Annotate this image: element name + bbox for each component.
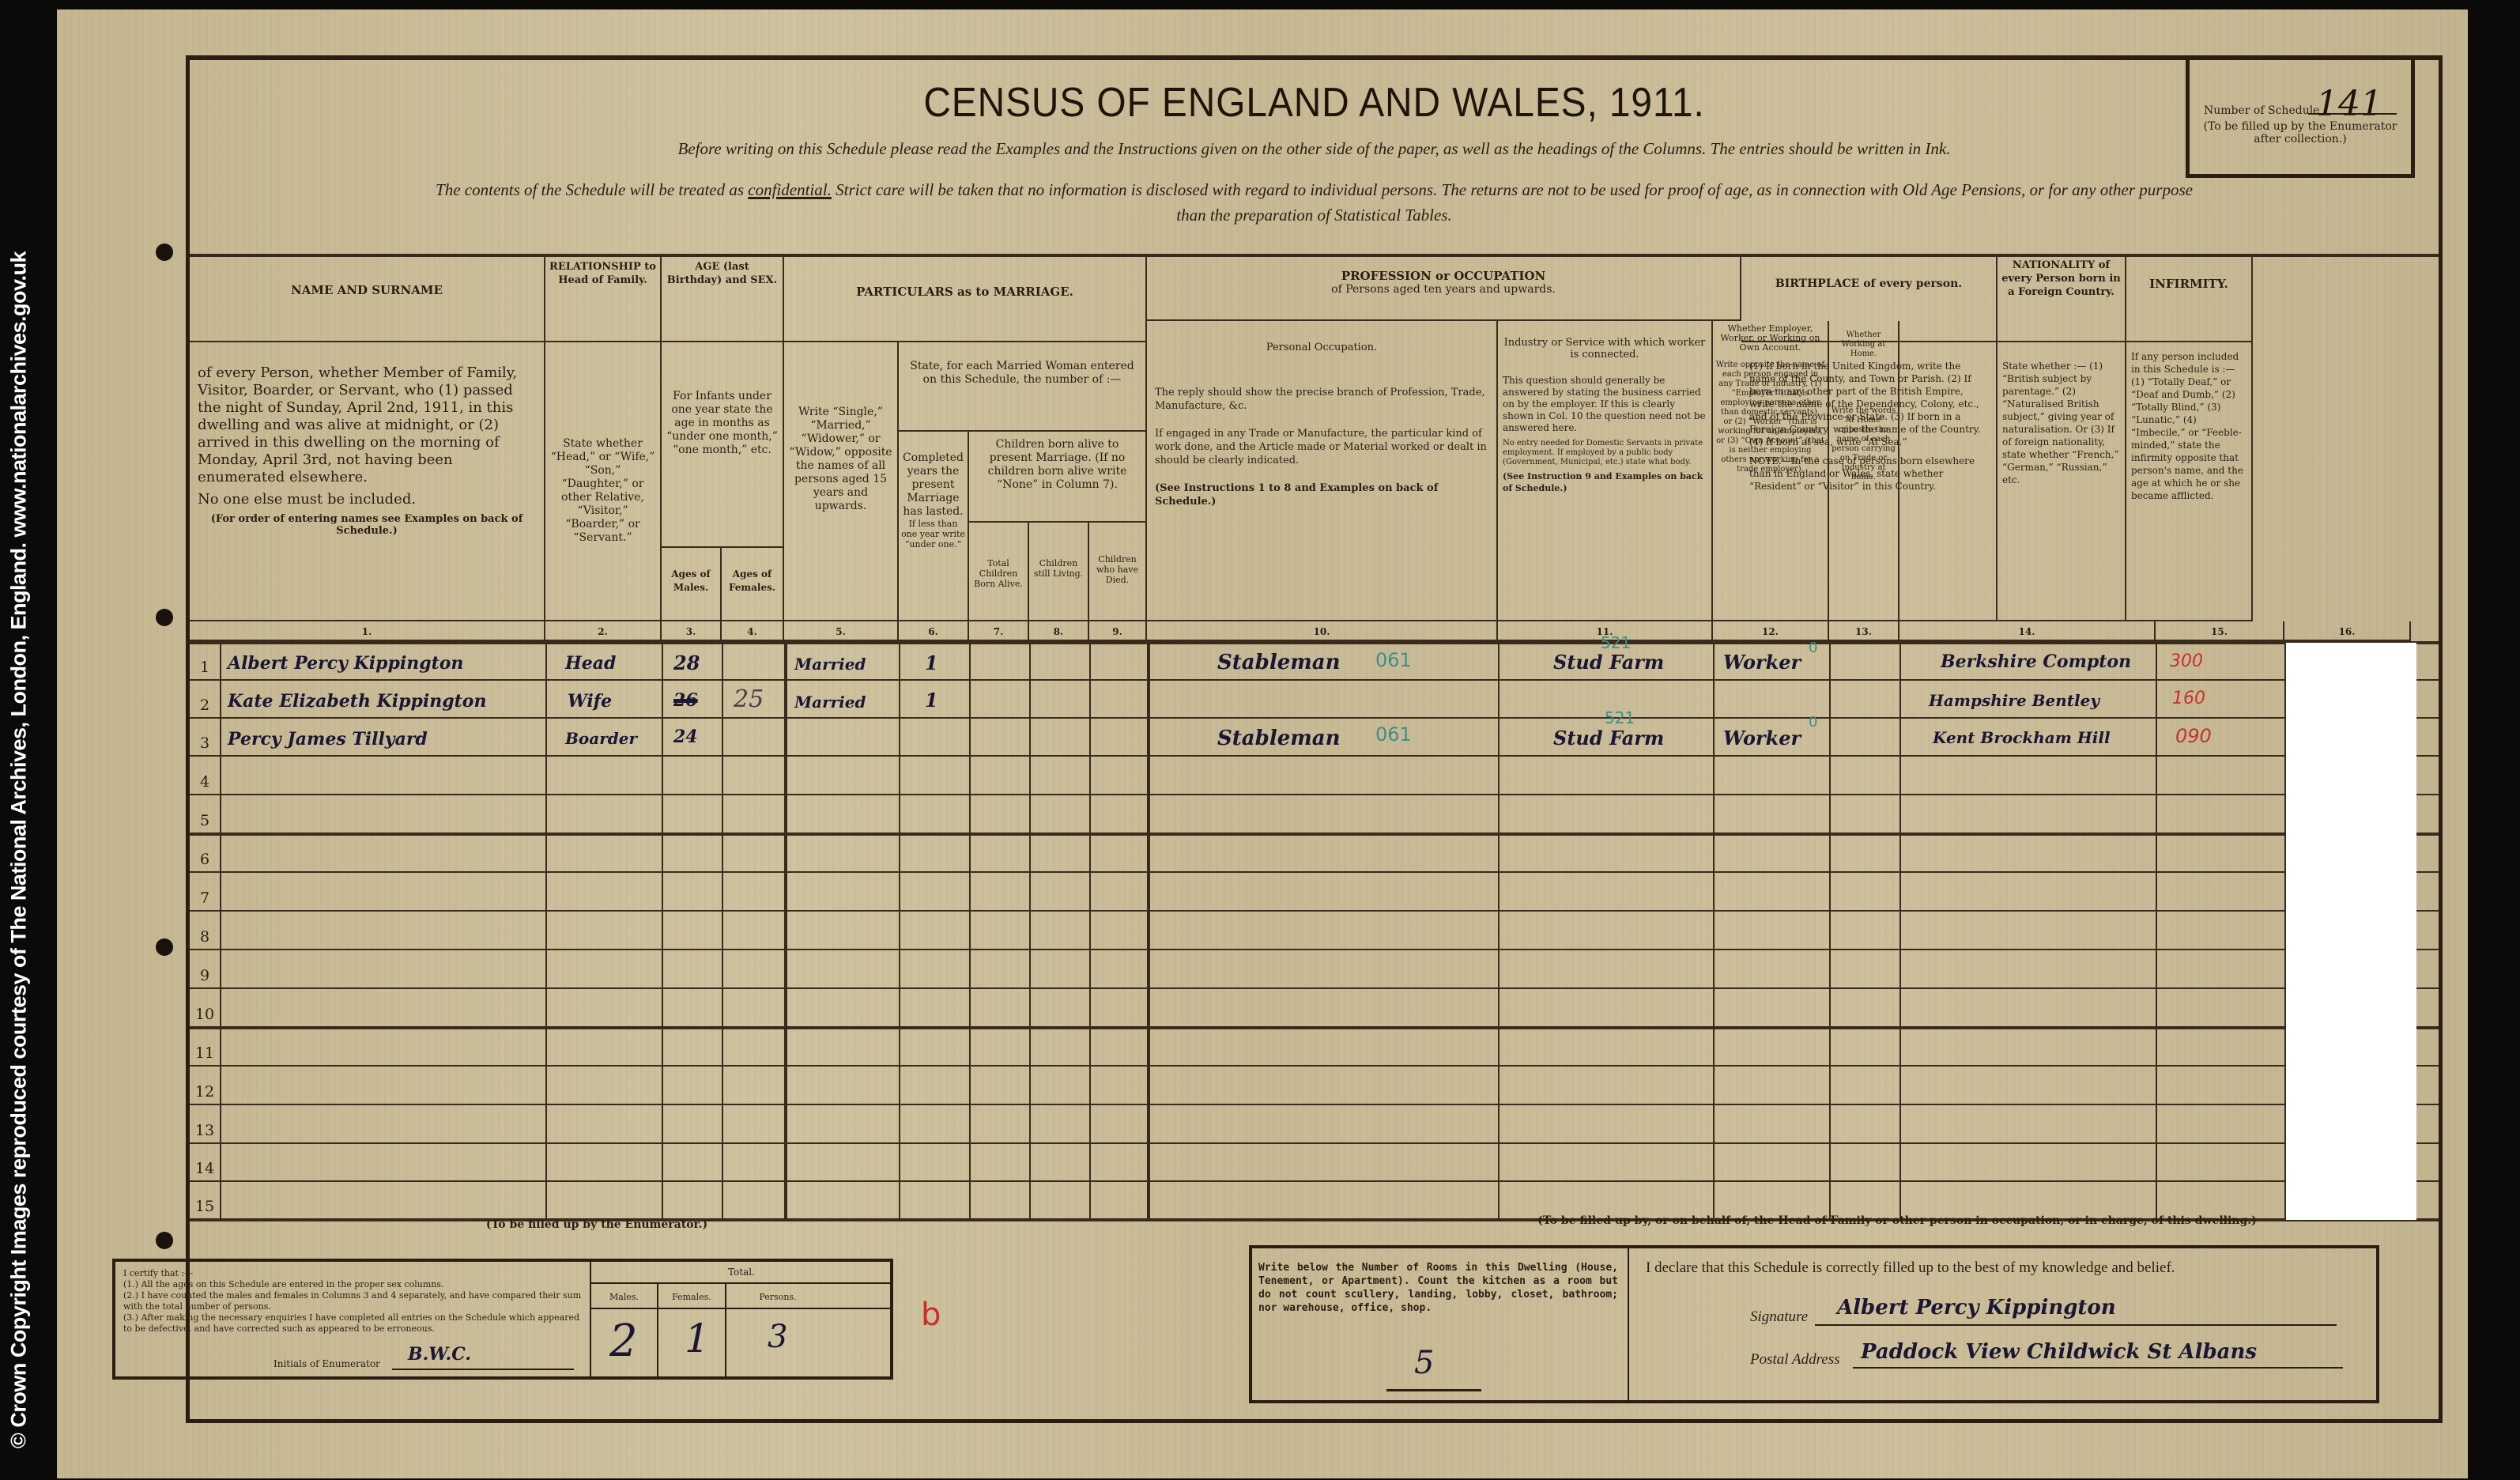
header-occupation: PROFESSION or OCCUPATION of Persons aged… bbox=[1147, 254, 1741, 321]
col-num-13: 13. bbox=[1829, 621, 1899, 641]
entry-employer-code: 0 bbox=[1809, 640, 1817, 656]
desc-infirmity: If any person included in this Schedule … bbox=[2126, 342, 2253, 621]
signature-label: Signature bbox=[1750, 1308, 1808, 1326]
entry-occupation-code: 061 bbox=[1375, 723, 1412, 746]
birthplace-note: NOTE.—In the case of persons born elsewh… bbox=[1749, 455, 1988, 493]
entry-name[interactable]: Kate Elizabeth Kippington bbox=[228, 691, 486, 712]
entry-name[interactable]: Albert Percy Kippington bbox=[228, 653, 463, 674]
red-check-mark: b bbox=[921, 1297, 941, 1333]
postal-address-label: Postal Address bbox=[1750, 1351, 1839, 1369]
industry-desc2: No entry needed for Domestic Servants in… bbox=[1503, 439, 1707, 467]
entry-employer[interactable]: Worker bbox=[1723, 727, 1801, 749]
instruction-line-2: The contents of the Schedule will be tre… bbox=[190, 180, 2439, 200]
row-number: 6 bbox=[190, 851, 220, 868]
col-num-10: 10. bbox=[1147, 621, 1498, 641]
punch-hole bbox=[156, 938, 173, 956]
entry-age-male-struck[interactable]: 26 bbox=[673, 690, 698, 711]
col-num-1: 1. bbox=[190, 621, 545, 641]
certify-item-2: (2.) I have counted the males and female… bbox=[123, 1290, 582, 1312]
redacted-infirmity-column bbox=[2286, 643, 2416, 1220]
number-of-rooms[interactable]: 5 bbox=[1414, 1345, 1434, 1381]
header-nationality: NATIONALITY of every Person born in a Fo… bbox=[1998, 254, 2126, 342]
row-number: 4 bbox=[190, 773, 220, 791]
total-label: Total. bbox=[591, 1267, 892, 1278]
entry-birthplace[interactable]: Berkshire Compton bbox=[1941, 651, 2131, 672]
entry-industry[interactable]: Stud Farm bbox=[1553, 727, 1664, 749]
col-num-16: 16. bbox=[2284, 621, 2411, 641]
row-number: 10 bbox=[190, 1006, 220, 1023]
confidential-underlined: confidential. bbox=[748, 180, 832, 199]
instruction-text: The contents of the Schedule will be tre… bbox=[436, 180, 744, 199]
industry-label: Industry or Service with which worker is… bbox=[1503, 337, 1707, 361]
entry-employer[interactable]: Worker bbox=[1723, 651, 1801, 674]
enumerator-certificate: I certify that :— (1.) All the ages on t… bbox=[112, 1259, 893, 1380]
census-form: CENSUS OF ENGLAND AND WALES, 1911. Befor… bbox=[186, 55, 2443, 1423]
header-age: AGE (last Birthday) and SEX. bbox=[662, 254, 784, 342]
desc-industry: Industry or Service with which worker is… bbox=[1498, 321, 1713, 621]
entry-birthplace-code: 300 bbox=[2170, 651, 2203, 671]
signature[interactable]: Albert Percy Kippington bbox=[1837, 1296, 2116, 1320]
header-relationship: RELATIONSHIP to Head of Family. bbox=[545, 254, 662, 342]
entry-occupation[interactable]: Stableman bbox=[1217, 727, 1341, 750]
years-married-label: Completed years the present Marriage has… bbox=[900, 451, 966, 519]
schedule-number-value[interactable]: 141 bbox=[2316, 84, 2382, 124]
occupier-heading: (To be filled up by, or on behalf of, th… bbox=[1356, 1214, 2439, 1227]
col-num-9: 9. bbox=[1089, 621, 1147, 641]
row-number: 13 bbox=[190, 1122, 220, 1139]
rooms-instructions: Write below the Number of Rooms in this … bbox=[1258, 1261, 1618, 1315]
col-num-12: 12. bbox=[1713, 621, 1829, 641]
postal-address[interactable]: Paddock View Childwick St Albans bbox=[1861, 1340, 2257, 1364]
declaration-text: I declare that this Schedule is correctl… bbox=[1646, 1259, 2175, 1277]
desc-married-woman: State, for each Married Woman entered on… bbox=[899, 342, 1147, 432]
total-persons[interactable]: 3 bbox=[768, 1319, 787, 1355]
row-number: 14 bbox=[190, 1160, 220, 1177]
col-num-8: 8. bbox=[1029, 621, 1089, 641]
industry-instructions: (See Instruction 9 and Examples on back … bbox=[1503, 470, 1707, 494]
personal-occupation-desc: The reply should show the precise branch… bbox=[1155, 386, 1488, 413]
desc-years-married: Completed years the present Marriage has… bbox=[899, 432, 969, 621]
row-number: 15 bbox=[190, 1198, 220, 1215]
row-number: 11 bbox=[190, 1044, 220, 1062]
name-instructions: of every Person, whether Member of Famil… bbox=[198, 364, 536, 486]
occupation-subtitle: of Persons aged ten years and upwards. bbox=[1147, 283, 1740, 296]
entry-relationship[interactable]: Head bbox=[565, 653, 616, 674]
industry-desc: This question should generally be answer… bbox=[1503, 375, 1707, 434]
row-number: 7 bbox=[190, 889, 220, 907]
desc-nationality: State whether :— (1) “British subject by… bbox=[1998, 342, 2126, 621]
header-children-total: Total Children Born Alive. bbox=[969, 523, 1029, 621]
copyright-notice: © Crown Copyright Images reproduced cour… bbox=[3, 221, 35, 1478]
name-order-note: (For order of entering names see Example… bbox=[198, 513, 536, 537]
form-title: CENSUS OF ENGLAND AND WALES, 1911. bbox=[280, 79, 2348, 126]
certify-label: I certify that :— bbox=[123, 1268, 582, 1279]
col-num-2: 2. bbox=[545, 621, 662, 641]
name-note: No one else must be included. bbox=[198, 491, 536, 508]
occupier-declaration: Write below the Number of Rooms in this … bbox=[1249, 1245, 2379, 1403]
instruction-text: Strict care will be taken that no inform… bbox=[836, 180, 2193, 199]
entry-relationship[interactable]: Boarder bbox=[565, 729, 637, 748]
census-table: NAME AND SURNAME RELATIONSHIP to Head of… bbox=[190, 254, 2439, 1218]
schedule-number-label: Number of Schedule bbox=[2204, 104, 2319, 117]
personal-occupation-desc2: If engaged in any Trade or Manufacture, … bbox=[1155, 427, 1488, 467]
row-number: 2 bbox=[190, 697, 220, 714]
row-number: 5 bbox=[190, 812, 220, 829]
entry-condition[interactable]: Married bbox=[794, 693, 866, 712]
entry-age-male[interactable]: 24 bbox=[673, 727, 698, 747]
header-marriage: PARTICULARS as to MARRIAGE. bbox=[784, 254, 1147, 342]
birthplace-instructions: (1) If born in the United Kingdom, write… bbox=[1749, 360, 1988, 448]
row-number: 12 bbox=[190, 1083, 220, 1101]
personal-occupation-label: Personal Occupation. bbox=[1155, 341, 1488, 354]
row-number: 9 bbox=[190, 967, 220, 984]
years-married-note: If less than one year write “under one.” bbox=[900, 519, 966, 549]
header-infirmity: INFIRMITY. bbox=[2126, 254, 2253, 342]
entry-employer-code: 0 bbox=[1809, 714, 1817, 731]
col-num-15: 15. bbox=[2156, 621, 2284, 641]
females-label: Females. bbox=[658, 1292, 725, 1302]
desc-age: For Infants under one year state the age… bbox=[662, 342, 784, 548]
entry-industry-code: 521 bbox=[1605, 708, 1635, 727]
instruction-line-3: than the preparation of Statistical Tabl… bbox=[190, 206, 2439, 225]
col-num-14: 14. bbox=[1899, 621, 2156, 641]
punch-hole bbox=[156, 609, 173, 626]
entry-birthplace-code: 090 bbox=[2175, 725, 2212, 747]
col-num-5: 5. bbox=[784, 621, 899, 641]
occupation-title: PROFESSION or OCCUPATION bbox=[1147, 270, 1740, 283]
entry-birthplace[interactable]: Kent Brockham Hill bbox=[1933, 728, 2111, 747]
personal-occupation-instructions: (See Instructions 1 to 8 and Examples on… bbox=[1155, 481, 1488, 508]
enumerator-heading: (To be filled up by the Enumerator.) bbox=[190, 1218, 1004, 1231]
enumerator-initials[interactable]: B.W.C. bbox=[408, 1344, 471, 1365]
instruction-line-1: Before writing on this Schedule please r… bbox=[190, 139, 2439, 159]
desc-name: of every Person, whether Member of Famil… bbox=[190, 342, 545, 621]
certify-item-3: (3.) After making the necessary enquirie… bbox=[123, 1312, 582, 1335]
schedule-number-note: (To be filled up by the Enumerator after… bbox=[2196, 120, 2405, 145]
row-number: 8 bbox=[190, 928, 220, 946]
header-name: NAME AND SURNAME bbox=[190, 254, 545, 342]
header-children-living: Children still Living. bbox=[1029, 523, 1089, 621]
entry-condition[interactable]: Married bbox=[794, 655, 866, 674]
desc-children: Children born alive to present Marriage.… bbox=[969, 432, 1147, 523]
col-num-6: 6. bbox=[899, 621, 969, 641]
entry-industry[interactable]: Stud Farm bbox=[1553, 651, 1664, 674]
entry-birthplace[interactable]: Hampshire Bentley bbox=[1929, 691, 2099, 710]
schedule-number-box: Number of Schedule 141 (To be filled up … bbox=[2186, 55, 2415, 178]
row-number: 3 bbox=[190, 734, 220, 752]
header-age-males: Ages of Males. bbox=[662, 548, 722, 621]
total-males[interactable]: 2 bbox=[609, 1316, 638, 1367]
entry-age-male[interactable]: 28 bbox=[673, 651, 700, 674]
col-num-3: 3. bbox=[662, 621, 722, 641]
punch-hole bbox=[156, 1232, 173, 1249]
header-children-died: Children who have Died. bbox=[1089, 523, 1147, 621]
entry-name[interactable]: Percy James Tillyard bbox=[228, 729, 428, 749]
desc-condition: Write “Single,” “Married,” “Widower,” or… bbox=[784, 342, 899, 621]
entry-industry-code: 521 bbox=[1601, 633, 1631, 652]
initials-label: Initials of Enumerator bbox=[274, 1358, 380, 1369]
entry-relationship[interactable]: Wife bbox=[568, 691, 612, 712]
desc-birthplace: (1) If born in the United Kingdom, write… bbox=[1741, 342, 1998, 621]
desc-relationship: State whether “Head,” or “Wife,” “Son,” … bbox=[545, 342, 662, 621]
certificate-text: I certify that :— (1.) All the ages on t… bbox=[123, 1268, 582, 1335]
males-label: Males. bbox=[591, 1292, 657, 1302]
entry-years-married[interactable]: 1 bbox=[925, 689, 938, 712]
copyright-text: © Crown Copyright Images reproduced cour… bbox=[7, 251, 32, 1448]
header-age-females: Ages of Females. bbox=[722, 548, 784, 621]
persons-label: Persons. bbox=[726, 1292, 829, 1302]
entry-years-married[interactable]: 1 bbox=[925, 651, 938, 674]
punch-hole bbox=[156, 244, 173, 261]
col-num-4: 4. bbox=[722, 621, 784, 641]
entry-birthplace-code: 160 bbox=[2172, 689, 2205, 708]
col-num-7: 7. bbox=[969, 621, 1029, 641]
desc-personal-occupation: Personal Occupation. The reply should sh… bbox=[1147, 321, 1498, 621]
entry-occupation-code: 061 bbox=[1375, 649, 1412, 671]
total-females[interactable]: 1 bbox=[685, 1316, 710, 1361]
entry-age-female[interactable]: 25 bbox=[734, 685, 764, 713]
certify-item-1: (1.) All the ages on this Schedule are e… bbox=[123, 1279, 582, 1290]
row-number: 1 bbox=[190, 659, 220, 676]
entry-occupation[interactable]: Stableman bbox=[1217, 651, 1341, 674]
